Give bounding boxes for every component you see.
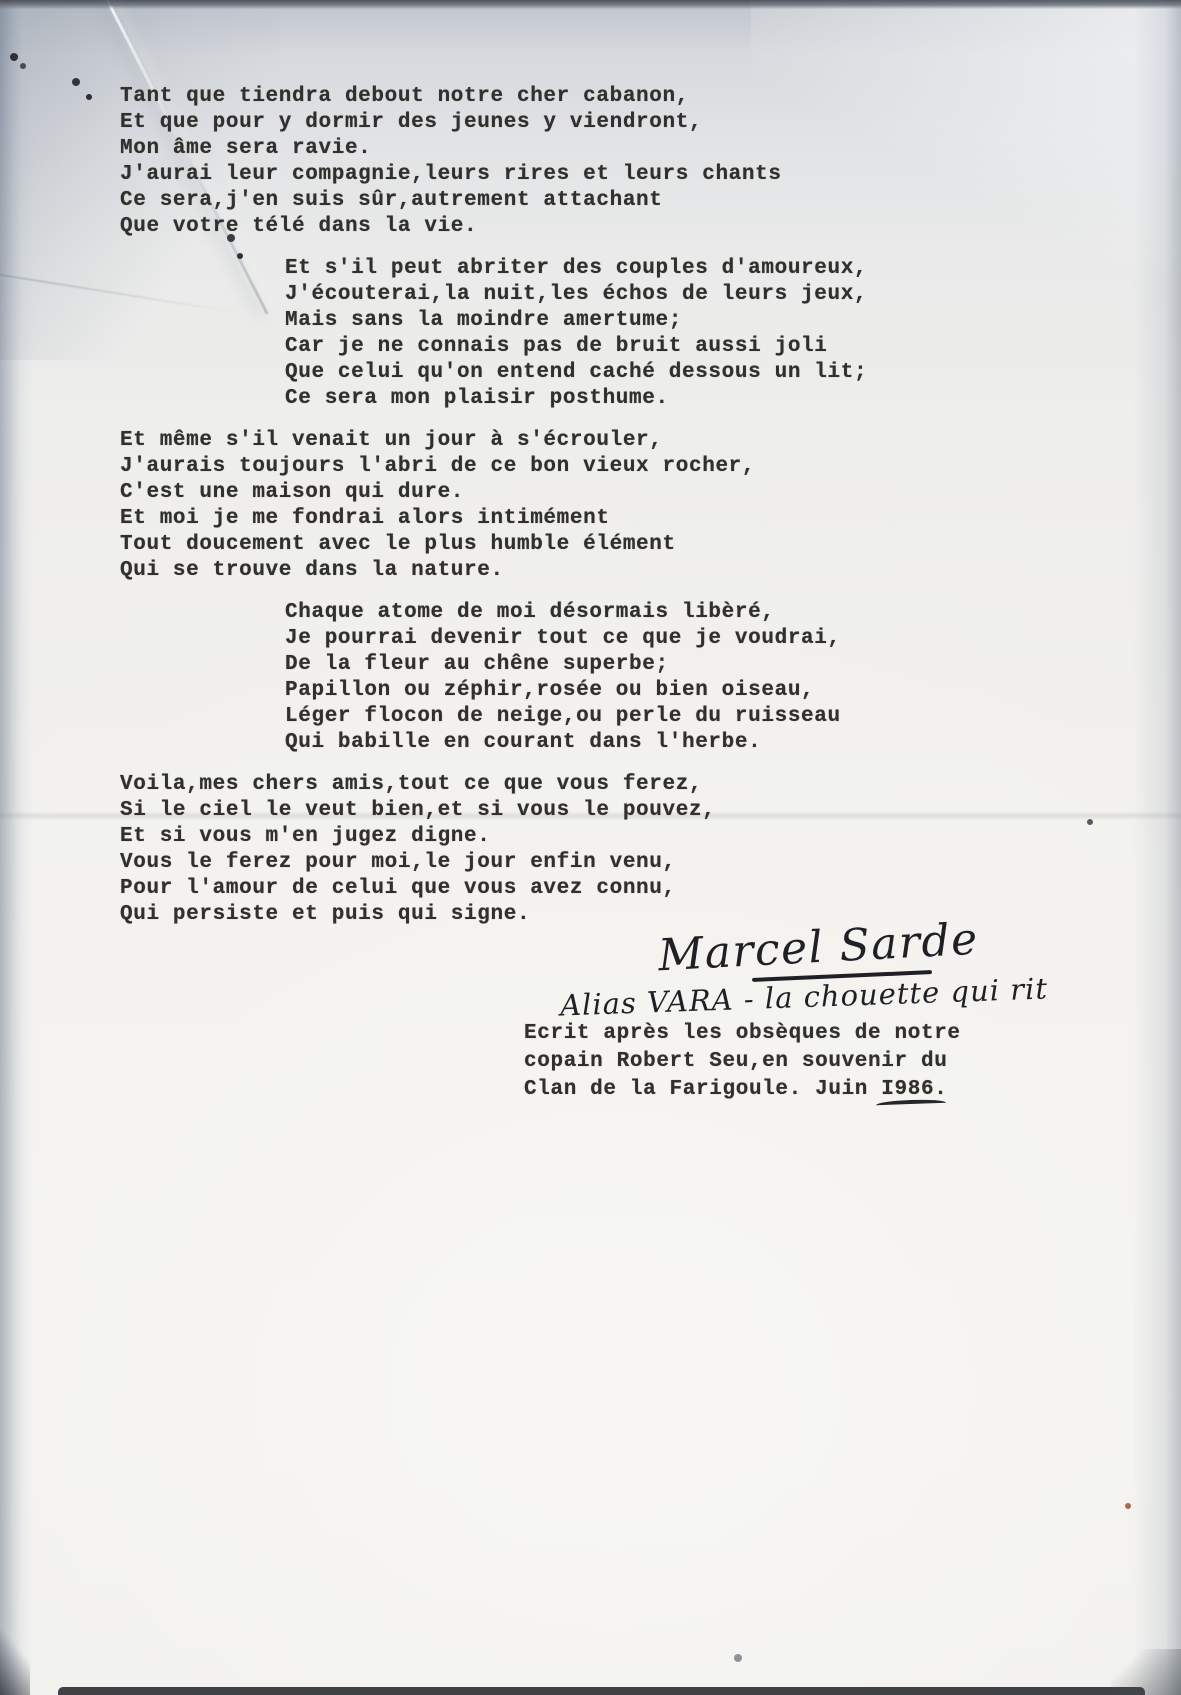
poem-line: C'est une maison qui dure. — [120, 480, 867, 506]
poem-line: Papillon ou zéphir,rosée ou bien oiseau, — [285, 678, 867, 704]
note-line: Ecrit après les obsèques de notre — [524, 1020, 961, 1048]
staple-holes-and-specks — [0, 0, 4, 4]
stanza-3: Et même s'il venait un jour à s'écrouler… — [120, 428, 867, 584]
poem-line: Ce sera mon plaisir posthume. — [285, 386, 867, 412]
poem-line: Car je ne connais pas de bruit aussi jol… — [285, 334, 867, 360]
scan-edge-top — [0, 0, 1181, 9]
poem: Tant que tiendra debout notre cher caban… — [120, 84, 867, 944]
poem-line: Que votre télé dans la vie. — [120, 214, 867, 240]
scanned-letter-page: Tant que tiendra debout notre cher caban… — [0, 0, 1181, 1695]
poem-line: J'aurais toujours l'abri de ce bon vieux… — [120, 454, 867, 480]
poem-line: Tout doucement avec le plus humble éléme… — [120, 532, 867, 558]
poem-line: Et si vous m'en jugez digne. — [120, 824, 867, 850]
poem-line: De la fleur au chêne superbe; — [285, 652, 867, 678]
note-line: copain Robert Seu,en souvenir du — [524, 1048, 961, 1076]
poem-line: Mais sans la moindre amertume; — [285, 308, 867, 334]
poem-line: Et même s'il venait un jour à s'écrouler… — [120, 428, 867, 454]
poem-line: Et que pour y dormir des jeunes y viendr… — [120, 110, 867, 136]
poem-line: Si le ciel le veut bien,et si vous le po… — [120, 798, 867, 824]
poem-line: Mon âme sera ravie. — [120, 136, 867, 162]
poem-line: Et s'il peut abriter des couples d'amour… — [285, 256, 867, 282]
stanza-2: Et s'il peut abriter des couples d'amour… — [285, 256, 867, 412]
stanza-1: Tant que tiendra debout notre cher caban… — [120, 84, 867, 240]
stanza-4: Chaque atome de moi désormais libèré, Je… — [285, 600, 867, 756]
poem-line: Et moi je me fondrai alors intimément — [120, 506, 867, 532]
poem-line: Vous le ferez pour moi,le jour enfin ven… — [120, 850, 867, 876]
poem-line: Qui persiste et puis qui signe. — [120, 902, 867, 928]
poem-line: Pour l'amour de celui que vous avez conn… — [120, 876, 867, 902]
scan-edge-left — [0, 0, 34, 1695]
dedication-note: Ecrit après les obsèques de notre copain… — [524, 1020, 961, 1104]
signature-alias: Alias VARA - la chouette qui rit — [560, 971, 1049, 1022]
scan-corner-bottom-left — [0, 1631, 30, 1695]
poem-line: J'aurai leur compagnie,leurs rires et le… — [120, 162, 867, 188]
stanza-5: Voila,mes chers amis,tout ce que vous fe… — [120, 772, 867, 928]
scan-edge-right — [1133, 0, 1181, 1695]
poem-line: Chaque atome de moi désormais libèré, — [285, 600, 867, 626]
poem-line: J'écouterai,la nuit,les échos de leurs j… — [285, 282, 867, 308]
poem-line: Je pourrai devenir tout ce que je voudra… — [285, 626, 867, 652]
scan-corner-bottom-right — [1111, 1649, 1181, 1695]
scan-edge-bottom — [58, 1687, 1145, 1695]
poem-line: Tant que tiendra debout notre cher caban… — [120, 84, 867, 110]
note-line: Clan de la Farigoule. Juin I986. — [524, 1076, 961, 1104]
poem-line: Léger flocon de neige,ou perle du ruisse… — [285, 704, 867, 730]
poem-line: Qui se trouve dans la nature. — [120, 558, 867, 584]
poem-line: Que celui qu'on entend caché dessous un … — [285, 360, 867, 386]
poem-line: Qui babille en courant dans l'herbe. — [285, 730, 867, 756]
poem-line: Voila,mes chers amis,tout ce que vous fe… — [120, 772, 867, 798]
poem-line: Ce sera,j'en suis sûr,autrement attachan… — [120, 188, 867, 214]
